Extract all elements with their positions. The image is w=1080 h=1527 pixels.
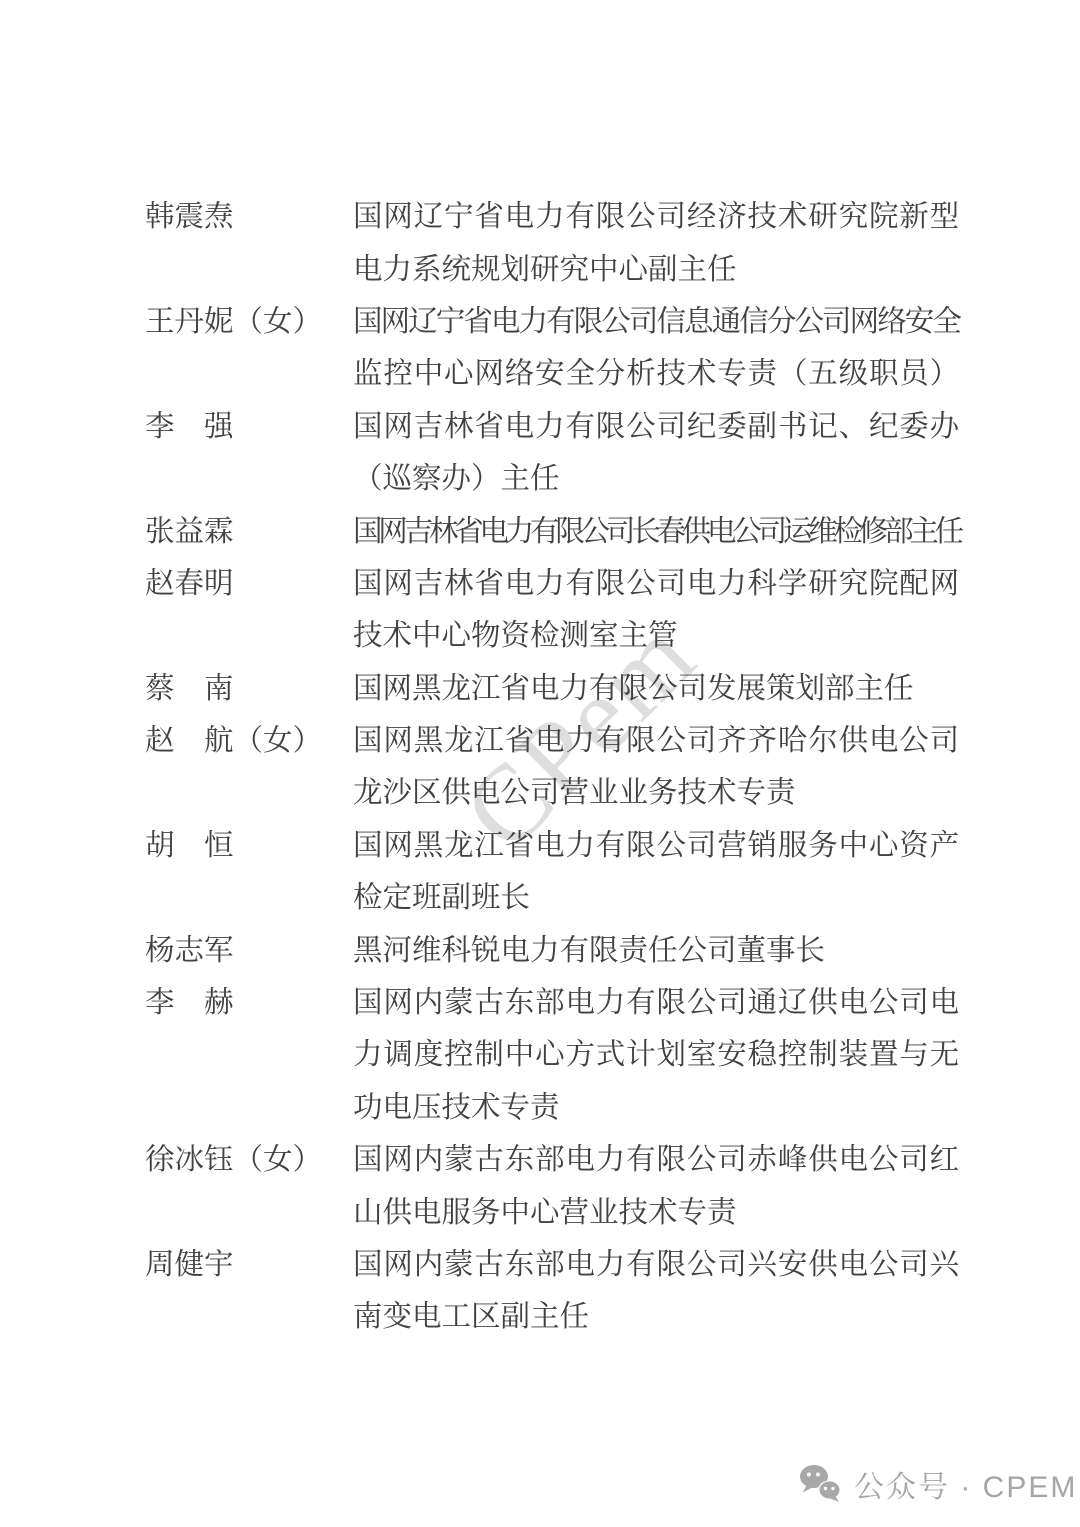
person-name: 徐冰钰（女） xyxy=(145,1136,353,1178)
roster-row: 赵春明 国网吉林省电力有限公司电力科学研究院配网 xyxy=(0,555,1080,607)
roster-row: 杨志军 黑河维科锐电力有限责任公司董事长 xyxy=(0,921,1080,973)
person-name: 胡 恒 xyxy=(145,822,353,864)
wechat-icon xyxy=(798,1463,844,1505)
position-line: （巡察办）主任 xyxy=(353,455,960,497)
position-line: 国网辽宁省电力有限公司信息通信分公司网络安全 xyxy=(353,298,960,340)
roster-row: 山供电服务中心营业技术专责 xyxy=(0,1183,1080,1235)
roster-row: 功电压技术专责 xyxy=(0,1079,1080,1131)
position-line: 力调度控制中心方式计划室安稳控制装置与无 xyxy=(353,1031,960,1073)
person-name: 赵春明 xyxy=(145,560,353,602)
roster-row: 徐冰钰（女） 国网内蒙古东部电力有限公司赤峰供电公司红 xyxy=(0,1131,1080,1183)
position-line: 技术中心物资检测室主管 xyxy=(353,612,960,654)
position-line: 南变电工区副主任 xyxy=(353,1293,960,1335)
person-name: 赵 航（女） xyxy=(145,717,353,759)
roster-row: 韩震焘 国网辽宁省电力有限公司经济技术研究院新型 xyxy=(0,188,1080,240)
person-name: 王丹妮（女） xyxy=(145,298,353,340)
roster-row: （巡察办）主任 xyxy=(0,450,1080,502)
position-line: 检定班副班长 xyxy=(353,874,960,916)
position-line: 功电压技术专责 xyxy=(353,1084,960,1126)
roster-row: 监控中心网络安全分析技术专责（五级职员） xyxy=(0,345,1080,397)
position-line: 国网黑龙江省电力有限公司营销服务中心资产 xyxy=(353,822,960,864)
footer-label: 公众号 · CPEM xyxy=(854,1462,1077,1506)
roster-row: 检定班副班长 xyxy=(0,869,1080,921)
roster-row: 蔡 南 国网黑龙江省电力有限公司发展策划部主任 xyxy=(0,660,1080,712)
roster-row: 赵 航（女） 国网黑龙江省电力有限公司齐齐哈尔供电公司 xyxy=(0,712,1080,764)
position-line: 国网吉林省电力有限公司电力科学研究院配网 xyxy=(353,560,960,602)
roster: 韩震焘 国网辽宁省电力有限公司经济技术研究院新型 电力系统规划研究中心副主任 王… xyxy=(0,188,1080,1341)
roster-row: 南变电工区副主任 xyxy=(0,1288,1080,1340)
position-line: 黑河维科锐电力有限责任公司董事长 xyxy=(353,927,960,969)
position-line: 国网辽宁省电力有限公司经济技术研究院新型 xyxy=(353,193,960,235)
position-line: 国网吉林省电力有限公司纪委副书记、纪委办 xyxy=(353,403,960,445)
position-line: 国网内蒙古东部电力有限公司赤峰供电公司红 xyxy=(353,1136,960,1178)
roster-row: 张益霖 国网吉林省电力有限公司长春供电公司运维检修部主任 xyxy=(0,502,1080,554)
position-line: 龙沙区供电公司营业业务技术专责 xyxy=(353,769,960,811)
roster-row: 李 强 国网吉林省电力有限公司纪委副书记、纪委办 xyxy=(0,398,1080,450)
roster-row: 技术中心物资检测室主管 xyxy=(0,607,1080,659)
person-name: 杨志军 xyxy=(145,927,353,969)
position-line: 国网内蒙古东部电力有限公司通辽供电公司电 xyxy=(353,979,960,1021)
roster-row: 胡 恒 国网黑龙江省电力有限公司营销服务中心资产 xyxy=(0,817,1080,869)
footer: 公众号 · CPEM xyxy=(798,1462,1077,1506)
roster-row: 电力系统规划研究中心副主任 xyxy=(0,240,1080,292)
document-page: CPem 韩震焘 国网辽宁省电力有限公司经济技术研究院新型 电力系统规划研究中心… xyxy=(0,0,1080,1527)
roster-row: 王丹妮（女） 国网辽宁省电力有限公司信息通信分公司网络安全 xyxy=(0,293,1080,345)
roster-row: 周健宇 国网内蒙古东部电力有限公司兴安供电公司兴 xyxy=(0,1236,1080,1288)
roster-row: 力调度控制中心方式计划室安稳控制装置与无 xyxy=(0,1026,1080,1078)
person-name: 韩震焘 xyxy=(145,193,353,235)
roster-row: 李 赫 国网内蒙古东部电力有限公司通辽供电公司电 xyxy=(0,974,1080,1026)
position-line: 国网黑龙江省电力有限公司齐齐哈尔供电公司 xyxy=(353,717,960,759)
position-line: 国网吉林省电力有限公司长春供电公司运维检修部主任 xyxy=(353,508,960,550)
person-name: 蔡 南 xyxy=(145,665,353,707)
person-name: 张益霖 xyxy=(145,508,353,550)
person-name: 李 强 xyxy=(145,403,353,445)
position-line: 山供电服务中心营业技术专责 xyxy=(353,1189,960,1231)
position-line: 电力系统规划研究中心副主任 xyxy=(353,246,960,288)
person-name: 周健宇 xyxy=(145,1241,353,1283)
position-line: 国网黑龙江省电力有限公司发展策划部主任 xyxy=(353,665,960,707)
person-name: 李 赫 xyxy=(145,979,353,1021)
position-line: 国网内蒙古东部电力有限公司兴安供电公司兴 xyxy=(353,1241,960,1283)
position-line: 监控中心网络安全分析技术专责（五级职员） xyxy=(353,350,960,392)
roster-row: 龙沙区供电公司营业业务技术专责 xyxy=(0,764,1080,816)
